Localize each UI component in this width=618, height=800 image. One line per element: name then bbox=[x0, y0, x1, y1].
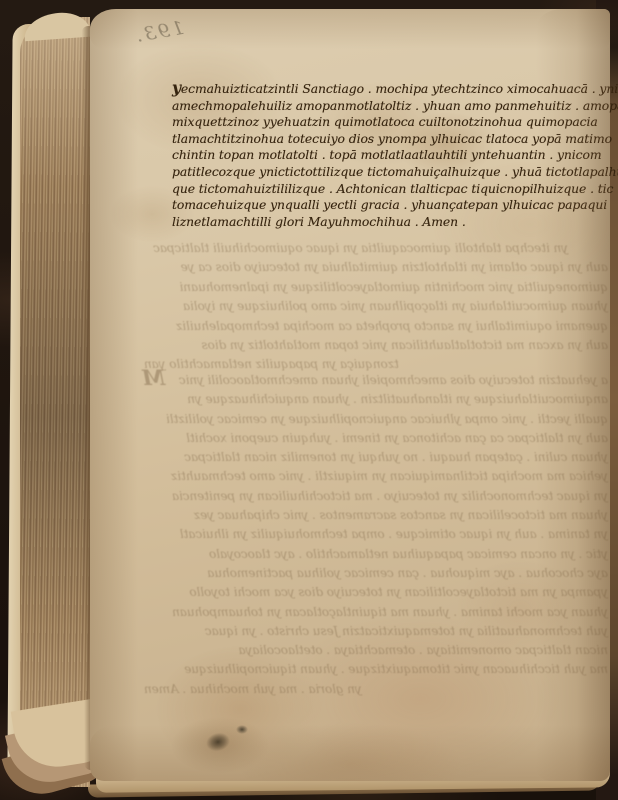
page-gutter-shading bbox=[536, 9, 610, 781]
manuscript-page: 193. yecmahuizticatzintli Sanctiago . mo… bbox=[90, 9, 610, 781]
page-top-shading bbox=[90, 9, 610, 49]
page-bottom-shading bbox=[90, 725, 610, 781]
fore-edge-page-stack bbox=[20, 17, 90, 787]
manuscript-photo-scene: 193. yecmahuizticatzintli Sanctiago . mo… bbox=[0, 0, 618, 800]
page-left-shading bbox=[90, 9, 138, 781]
